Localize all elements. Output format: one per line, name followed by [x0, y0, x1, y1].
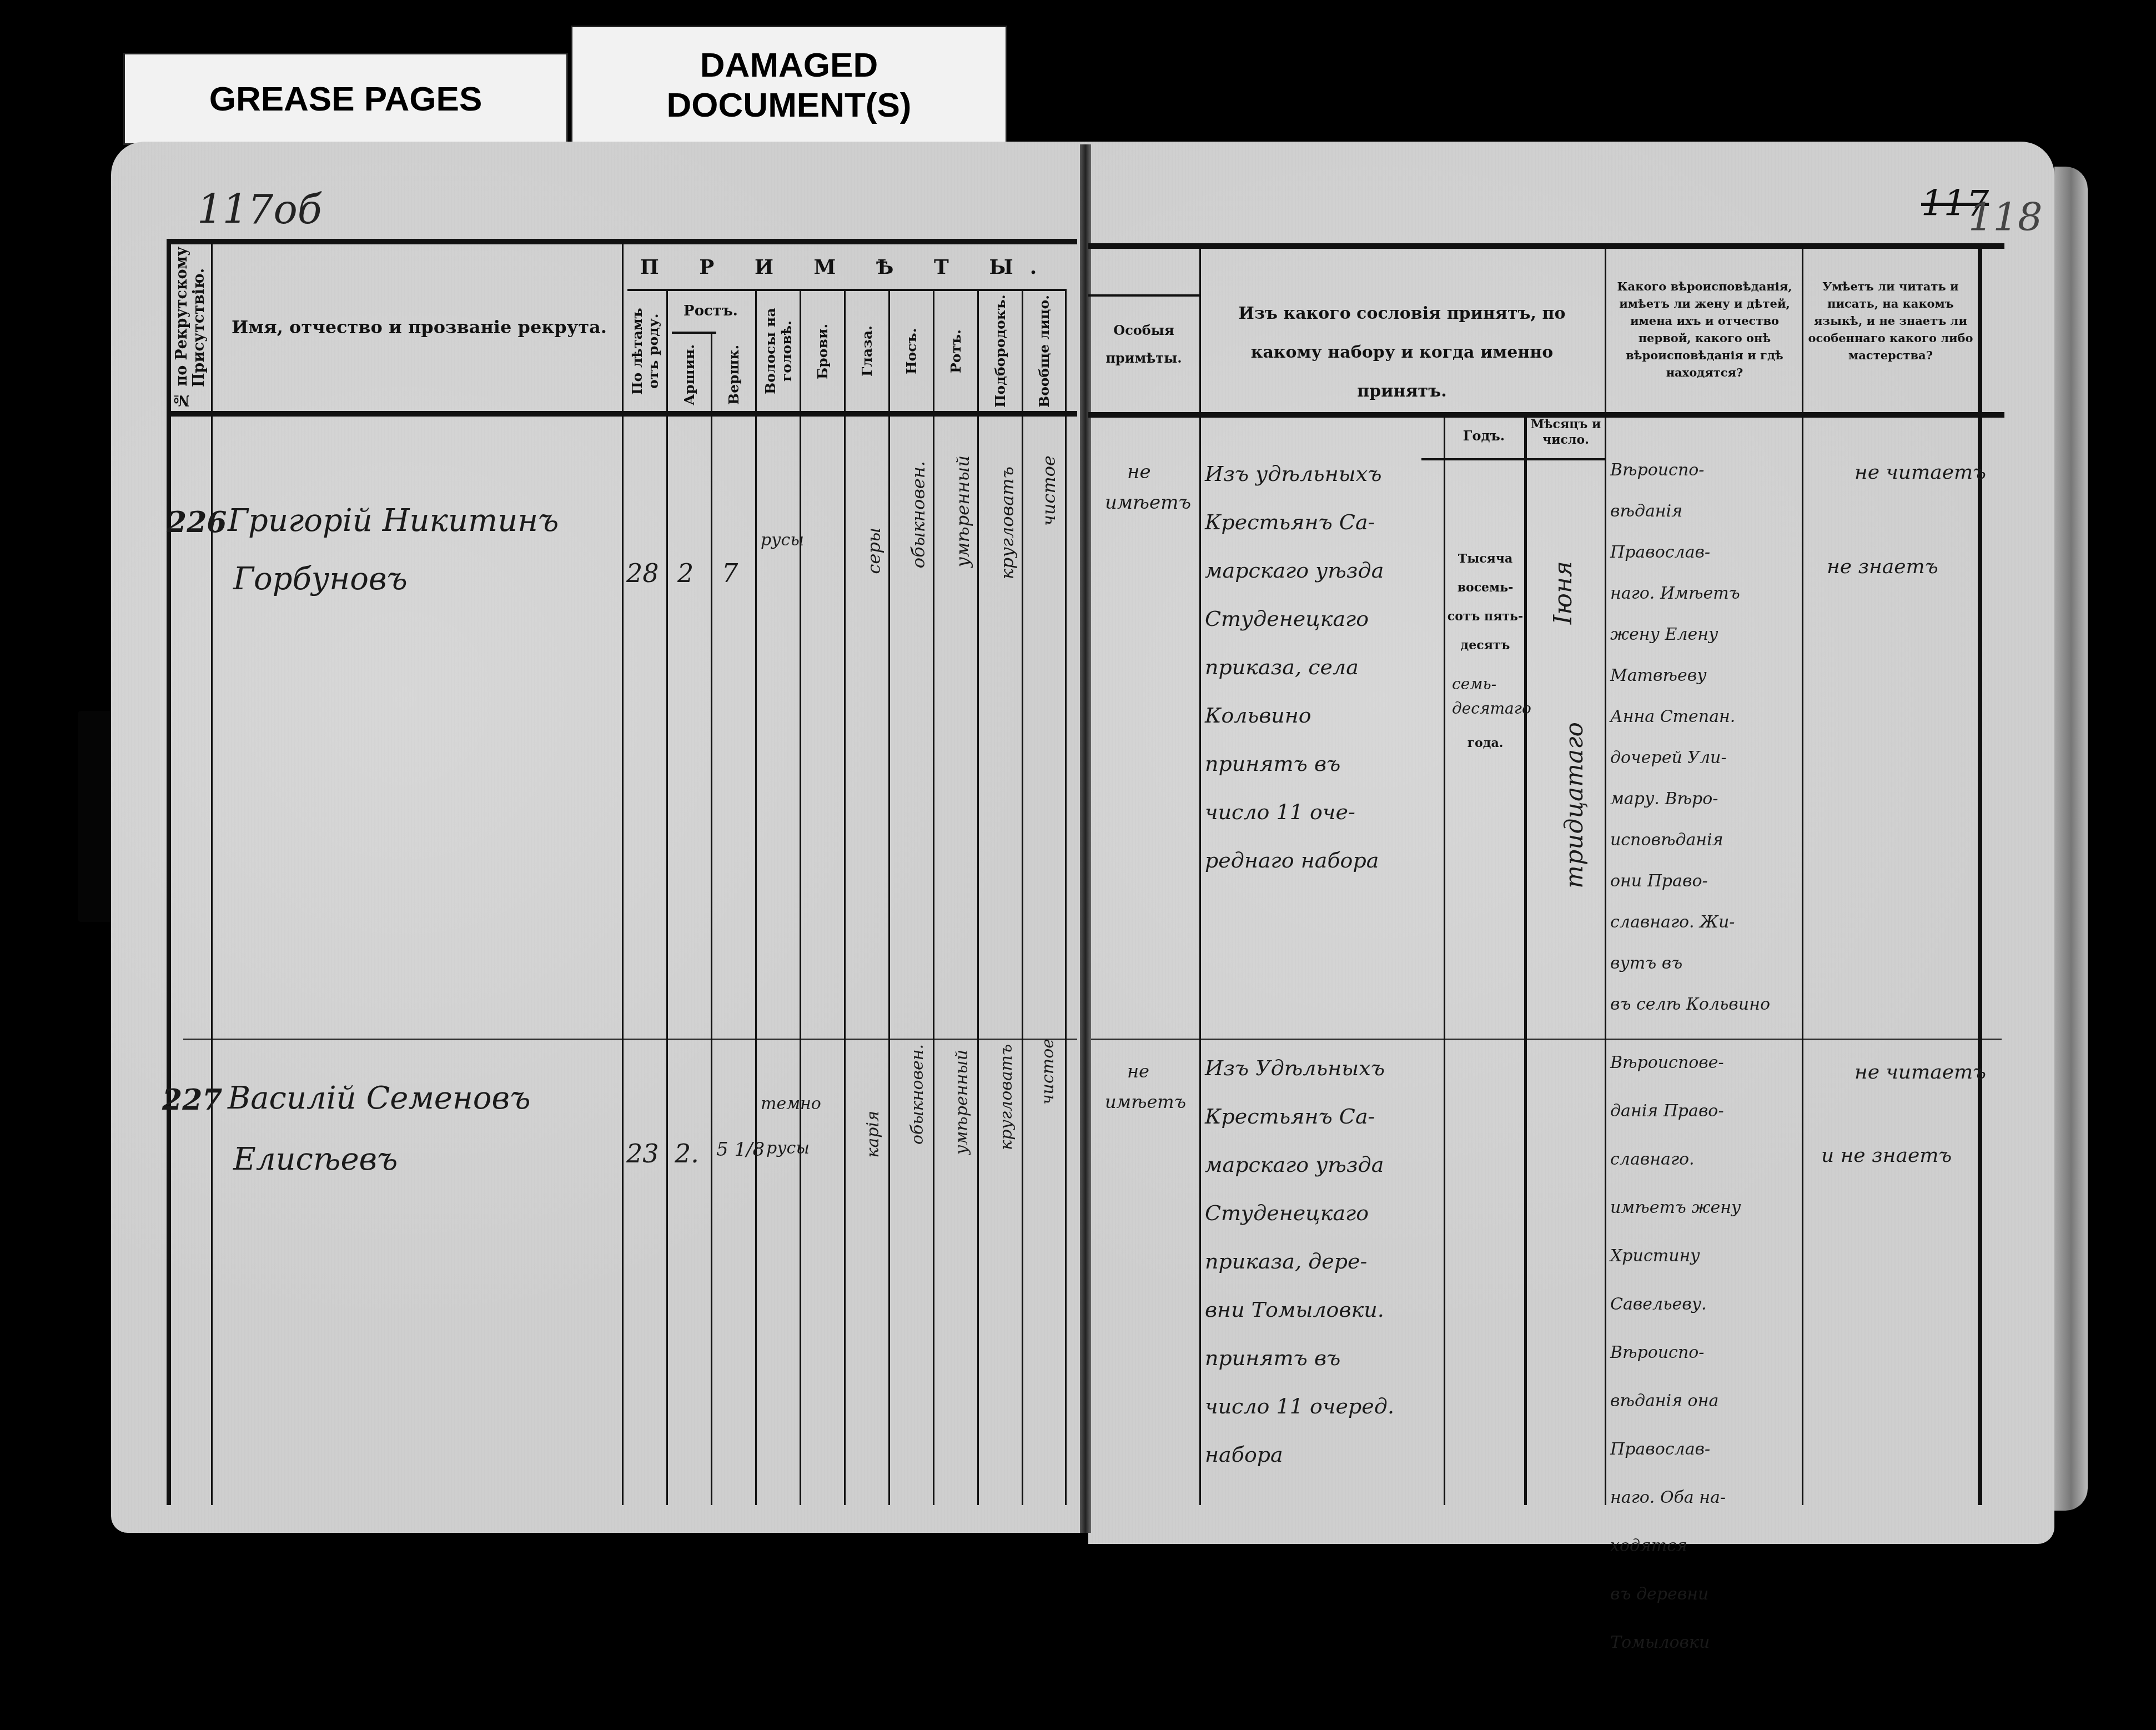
eyes-value: серы	[863, 528, 884, 574]
age-value: 28	[626, 558, 659, 588]
origin-text: Изъ Удѣльныхъ Крестьянъ Са- марскаго уѣз…	[1205, 1044, 1394, 1479]
literacy-read: не читаетъ	[1855, 1061, 1986, 1084]
header-number: № по Рекрутскому Присутствію.	[169, 244, 211, 411]
religion-line: Савельеву.	[1610, 1280, 1741, 1328]
book-spine	[1080, 144, 1091, 1533]
header-mouth: Ротъ.	[934, 292, 977, 411]
col-line	[888, 289, 890, 1505]
origin-line: марскаго уѣзда	[1205, 1141, 1394, 1189]
col-line	[211, 244, 213, 1505]
arshin-value: 2.	[675, 1139, 699, 1169]
year-suffix: года.	[1446, 736, 1524, 750]
special-value-l2: имѣетъ	[1105, 1091, 1186, 1112]
col-line	[666, 289, 668, 1505]
header-hair: Волосы на головѣ.	[757, 292, 800, 411]
religion-line: наго. Имѣетъ	[1610, 573, 1770, 614]
col-line	[1199, 244, 1201, 1505]
height-divider	[672, 332, 716, 334]
header-special: Особыя примѣты.	[1097, 317, 1191, 372]
chin-value: кругловатъ	[997, 467, 1018, 579]
vershok-value: 5 1/8	[716, 1139, 765, 1161]
religion-line: ходятся	[1610, 1522, 1741, 1570]
origin-line: принятъ въ	[1205, 1334, 1394, 1382]
religion-line: въ деревни	[1610, 1570, 1741, 1618]
religion-line: исповѣданія	[1610, 820, 1770, 861]
recruit-name: Василій Семеновъ	[228, 1080, 530, 1116]
header-eyes: Глаза.	[846, 292, 888, 411]
table-top-border-left	[167, 239, 1077, 244]
header-month: Мѣсяцъ и число.	[1527, 417, 1605, 448]
header-arshin: Аршин.	[668, 339, 711, 411]
religion-line: имѣетъ жену	[1610, 1184, 1741, 1232]
col-line	[755, 289, 757, 1505]
col-line	[1605, 244, 1606, 1505]
literacy-craft: и не знаетъ	[1821, 1144, 1952, 1167]
recruit-surname: Горбуновъ	[233, 561, 408, 597]
origin-line: число 11 оче-	[1205, 788, 1384, 836]
table-top-border-right	[1088, 243, 2004, 249]
literacy-craft: не знаетъ	[1827, 555, 1938, 578]
grease-pages-tag: GREASE PAGES	[123, 53, 568, 145]
special-value-l1: не	[1127, 461, 1151, 483]
header-literacy: Умѣетъ ли читать и писать, на какомъ язы…	[1807, 278, 1974, 364]
religion-line: Православ-	[1610, 532, 1770, 573]
nose-value: обыкновен.	[908, 461, 929, 568]
col-line	[1524, 414, 1527, 1505]
origin-line: Изъ удѣльныхъ	[1205, 450, 1384, 498]
year-printed: Тысяча восемь- сотъ пять- десятъ	[1446, 544, 1524, 660]
col-line	[933, 289, 934, 1505]
col-line	[1444, 414, 1445, 1505]
face-value: чистое	[1038, 1039, 1058, 1105]
record-number: 227	[162, 1083, 223, 1117]
month-day-2: тридцатаго	[1560, 722, 1589, 889]
hair-value-l2: русы	[766, 1139, 810, 1158]
religion-line: славнаго.	[1610, 1135, 1741, 1184]
religion-line: вѣданія она	[1610, 1377, 1741, 1425]
header-face: Вообще лицо.	[1023, 292, 1065, 411]
religion-line: дочерей Ули-	[1610, 738, 1770, 779]
col-line	[1065, 289, 1067, 1505]
header-name: Имя, отчество и прозваніе рекрута.	[217, 317, 622, 338]
religion-line: Анна Степан.	[1610, 696, 1770, 738]
signs-divider	[627, 289, 1066, 291]
religion-line: Матвѣеву	[1610, 655, 1770, 696]
header-brows: Брови.	[801, 292, 844, 411]
header-year: Годъ.	[1444, 428, 1524, 444]
header-vershok: Вершк.	[712, 339, 755, 411]
origin-line: Студенецкаго	[1205, 595, 1384, 643]
origin-line: набора	[1205, 1431, 1394, 1479]
header-religion: Какого вѣроисповѣданія, имѣетъ ли жену и…	[1610, 278, 1799, 381]
header-signs: П Р И М Ѣ Т Ы.	[627, 255, 1066, 279]
religion-line: Томыловки	[1610, 1618, 1741, 1667]
header-age: По лѣтамъ отъ роду.	[624, 292, 666, 411]
religion-line: наго. Оба на-	[1610, 1473, 1741, 1522]
religion-text: Вѣроиспове- данія Право- славнаго. имѣет…	[1610, 1039, 1741, 1667]
religion-line: Православ-	[1610, 1425, 1741, 1473]
folio-left: 117об	[197, 186, 322, 233]
religion-line: Христину	[1610, 1232, 1741, 1280]
face-value: чистое	[1038, 455, 1059, 526]
year-line: сотъ пять-	[1446, 602, 1524, 631]
year-month-divider	[1421, 458, 1605, 460]
origin-line: реднаго набора	[1205, 836, 1384, 885]
age-value: 23	[626, 1139, 659, 1169]
religion-line: Вѣроиспо-	[1610, 450, 1770, 491]
header-height: Ростъ.	[666, 303, 755, 319]
religion-line: данія Право-	[1610, 1087, 1741, 1135]
religion-text: Вѣроиспо- вѣданія Православ- наго. Имѣет…	[1610, 450, 1770, 1025]
right-border	[1978, 244, 1982, 1505]
year-handwritten: семь- десятаго	[1452, 672, 1531, 721]
mouth-value: умѣренный	[952, 455, 973, 568]
mouth-value: умѣренный	[952, 1050, 972, 1155]
col-line	[1802, 247, 1803, 1505]
year-line: восемь-	[1446, 573, 1524, 602]
recruit-name: Григорій Никитинъ	[228, 503, 559, 539]
religion-line: мару. Вѣро-	[1610, 779, 1770, 820]
hair-value-l1: темно	[761, 1094, 821, 1114]
vershok-value: 7	[722, 558, 738, 588]
origin-line: Изъ Удѣльныхъ	[1205, 1044, 1394, 1092]
origin-line: приказа, села	[1205, 643, 1384, 691]
year-hw-line: десятаго	[1452, 696, 1531, 721]
recruit-surname: Елисѣевъ	[233, 1141, 398, 1177]
chin-value: кругловатъ	[997, 1044, 1016, 1150]
year-hw-line: семь-	[1452, 672, 1531, 696]
folio-right: 118	[1968, 194, 2043, 240]
damaged-label-line1: DAMAGED	[700, 46, 878, 84]
origin-line: вни Томыловки.	[1205, 1286, 1394, 1334]
special-value-l1: не	[1127, 1061, 1149, 1082]
religion-line: славнаго. Жи-	[1610, 902, 1770, 943]
grease-label: GREASE PAGES	[209, 79, 483, 119]
origin-line: принятъ въ	[1205, 740, 1384, 788]
religion-line: Вѣроиспове-	[1610, 1039, 1741, 1087]
damaged-label-line2: DOCUMENT(S)	[667, 86, 912, 124]
religion-line: въ селѣ Кольвино	[1610, 984, 1770, 1025]
origin-line: Крестьянъ Са-	[1205, 498, 1384, 546]
origin-text: Изъ удѣльныхъ Крестьянъ Са- марскаго уѣз…	[1205, 450, 1384, 885]
month-day: Іюня	[1549, 561, 1577, 624]
left-border	[167, 239, 171, 1505]
record-number: 226	[167, 505, 227, 539]
origin-line: Кольвино	[1205, 691, 1384, 740]
year-line: десятъ	[1446, 631, 1524, 660]
col-line	[622, 244, 624, 1505]
religion-line: вутъ въ	[1610, 943, 1770, 984]
header-nose: Носъ.	[890, 292, 933, 411]
col-line	[800, 289, 801, 1505]
religion-line: вѣданія	[1610, 491, 1770, 532]
origin-line: число 11 очеред.	[1205, 1382, 1394, 1431]
origin-line: приказа, дере-	[1205, 1237, 1394, 1286]
col-line	[977, 289, 979, 1505]
page-stack-edge	[2054, 167, 2088, 1511]
religion-line: Вѣроиспо-	[1610, 1328, 1741, 1377]
header-chin: Подбородокъ.	[979, 292, 1022, 411]
row-divider-left	[183, 1039, 1077, 1040]
nose-value: обыкновен.	[908, 1044, 927, 1145]
religion-line: они Право-	[1610, 861, 1770, 902]
row-divider-right	[1091, 1039, 2002, 1040]
arshin-value: 2	[677, 558, 693, 588]
origin-line: марскаго уѣзда	[1205, 546, 1384, 595]
year-line: Тысяча	[1446, 544, 1524, 573]
special-divider	[1088, 294, 1199, 297]
religion-line: жену Елену	[1610, 614, 1770, 655]
col-line	[1022, 289, 1023, 1505]
damaged-document-tag: DAMAGEDDOCUMENT(S)	[571, 26, 1007, 146]
special-value-l2: имѣетъ	[1105, 492, 1191, 514]
eyes-value: карія	[863, 1111, 883, 1157]
literacy-read: не читаетъ	[1855, 461, 1986, 484]
header-origin: Изъ какого сословія принятъ, по какому н…	[1208, 294, 1596, 411]
origin-line: Крестьянъ Са-	[1205, 1092, 1394, 1141]
col-line	[844, 289, 846, 1505]
col-line	[711, 333, 712, 1505]
hair-value: русы	[761, 530, 804, 550]
origin-line: Студенецкаго	[1205, 1189, 1394, 1237]
